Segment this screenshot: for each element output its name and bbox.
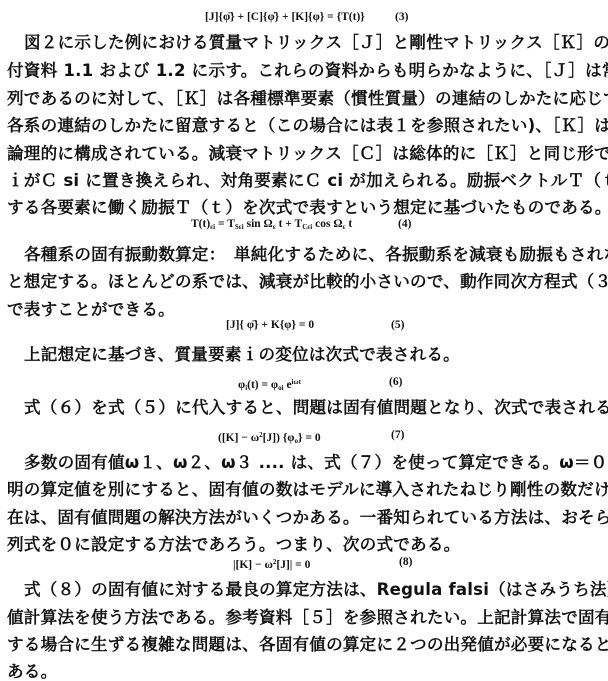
text-line: する場合に生ずる複雑な問題は、各固有値の算定に２つの出発値が必要になるという点で: [7, 635, 603, 655]
text-line: ある。: [7, 662, 603, 681]
text-line: 在は、固有値問題の解決方法がいくつかある。一番知られている方法は、おそらく系の行: [7, 508, 603, 528]
text-line: 図２に示した例における質量マトリックス［Ｊ］と剛性マトリックス［Ｋ］の構造を添: [24, 33, 603, 53]
text-line: 式（８）の固有値に対する最良の算定方法は、Regula falsi（はさみうち法…: [24, 580, 603, 600]
equation-5-number: (5): [391, 318, 404, 332]
text-line: する各要素に働く励振Ｔ（ｔ）を次式で表すという想定に基づいたものである。: [7, 198, 603, 218]
text-line: 各系の連結のしかたに留意すると（この場合には表１を参照されたい)、［Ｋ］は簡単か…: [7, 116, 603, 136]
text-line: 列であるのに対して、［Ｋ］は各種標準要素（慣性質量）の連結のしかたに応じて異なる…: [7, 89, 603, 109]
equation-7: ([K] − ω2[J]) {φo} = 0: [218, 428, 321, 448]
equation-8: |[K] − ω2[J]| = 0: [233, 555, 310, 572]
text-line: 各種系の固有振動数算定： 単純化するために、各振動系を減衰も励振もされないもの: [24, 245, 603, 265]
equation-7-number: (7): [391, 428, 404, 442]
text-line: 明の算定値を別にすると、固有値の数はモデルに導入されたねじり剛性の数だけある。現: [7, 480, 603, 500]
equation-5: [J]{ φ̈} + K{φ} = 0: [226, 318, 314, 332]
text-line: と想定する。ほとんどの系では、減衰が比較的小さいので、動作同次方程式（３）は次式: [7, 272, 603, 292]
text-line: 付資料 1.1 および 1.2 に示す。これらの資料からも明らかなように、［Ｊ］…: [7, 61, 603, 81]
text-line: 列式を０に設定する方法であろう。つまり、次の式である。: [7, 535, 603, 555]
equation-6-number: (6): [389, 375, 402, 389]
text-line: で表すことができる。: [7, 300, 603, 320]
text-line: 多数の固有値ω１、ω２、ω３ .... は、式（７）を使って算定できる。ω＝０ …: [24, 453, 603, 473]
text-line: ｉがＣ si に置き換えられ、対角要素にＣ ci が加えられる。励振ベクトルＴ（…: [7, 171, 603, 191]
paragraph-4: 式（６）を式（５）に代入すると、問題は固有値問題となり、次式で表される。: [24, 398, 603, 418]
equation-3-number: (3): [395, 10, 408, 24]
text-line: 値計算法を使う方法である。参考資料［５］を参照されたい。上記計算法で固有値を算定: [7, 608, 603, 628]
text-line: 論理的に構成されている。減衰マトリックス［Ｃ］は総体的に［Ｋ］と同じ形であるが、…: [7, 144, 603, 164]
paragraph-3: 上記想定に基づき、質量要素ｉの変位は次式で表される。: [24, 345, 603, 365]
equation-4: T(t)εi = TSεi sin Ωε t + TCεi cos Ωε t: [191, 217, 352, 234]
equation-3: [J]{φ̈} + [C]{φ̇} + [K]{φ} = {T(t)}: [205, 10, 365, 24]
equation-8-number: (8): [399, 555, 412, 569]
equation-6: φi(t) = φoi eiωt: [238, 375, 301, 395]
equation-4-number: (4): [398, 217, 411, 231]
